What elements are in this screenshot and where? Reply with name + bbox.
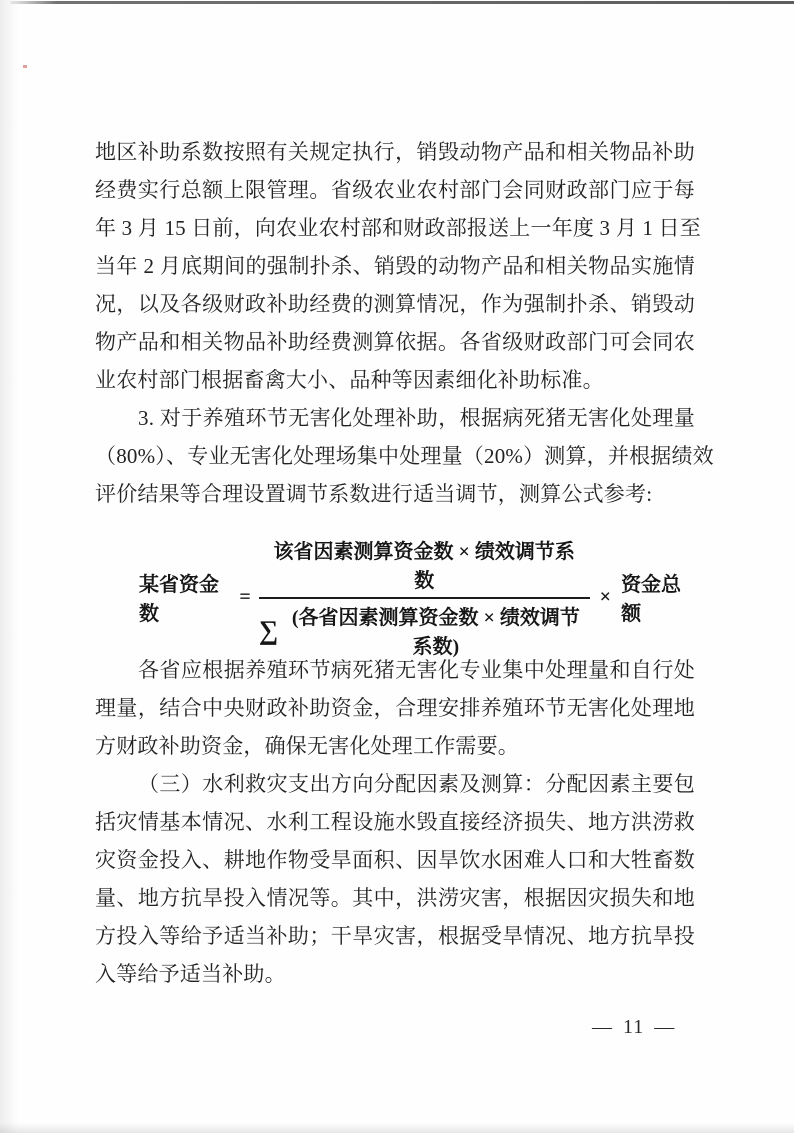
text-line: 经费实行总额上限管理。省级农业农村部门会同财政部门应于每	[95, 171, 695, 209]
text-line: 业农村部门根据畜禽大小、品种等因素细化补助标准。	[95, 361, 695, 399]
formula-fraction: 该省因素测算资金数 × 绩效调节系数 ∑ (各省因素测算资金数 × 绩效调节系数…	[259, 535, 590, 659]
formula-times-sign: ×	[600, 586, 611, 609]
scan-top-edge-line	[10, 1, 794, 4]
text-line: 灾资金投入、耕地作物受旱面积、因旱饮水困难人口和大牲畜数	[95, 841, 695, 879]
page-number: — 11 —	[592, 1016, 675, 1039]
body-text: 地区补助系数按照有关规定执行，销毁动物产品和相关物品补助 经费实行总额上限管理。…	[95, 133, 695, 993]
text-line: 量、地方抗旱投入情况等。其中，洪涝灾害，根据因灾损失和地	[95, 879, 695, 917]
formula-denominator: ∑ (各省因素测算资金数 × 绩效调节系数)	[259, 599, 590, 659]
allocation-formula: 某省资金数 = 该省因素测算资金数 × 绩效调节系数 ∑ (各省因素测算资金数 …	[95, 543, 695, 651]
scan-bottom-shadow	[0, 1123, 794, 1133]
formula-lhs: 某省资金数	[139, 568, 231, 626]
sigma-summation-symbol: ∑	[259, 617, 278, 644]
text-line: （三）水利救灾支出方向分配因素及测算：分配因素主要包	[95, 765, 695, 803]
text-line: 各省应根据养殖环节病死猪无害化专业集中处理量和自行处	[95, 651, 695, 689]
scan-left-shadow	[0, 0, 18, 1133]
formula-total-funds: 资金总额	[621, 568, 695, 626]
text-line: 物产品和相关物品补助经费测算依据。各省级财政部门可会同农	[95, 323, 695, 361]
text-line: 当年 2 月底期间的强制扑杀、销毁的动物产品和相关物品实施情	[95, 247, 695, 285]
document-page: 地区补助系数按照有关规定执行，销毁动物产品和相关物品补助 经费实行总额上限管理。…	[0, 0, 794, 1133]
text-line: 理量，结合中央财政补助资金，合理安排养殖环节无害化处理地	[95, 689, 695, 727]
text-line: 年 3 月 15 日前，向农业农村部和财政部报送上一年度 3 月 1 日至	[95, 209, 695, 247]
text-line: 评价结果等合理设置调节系数进行适当调节，测算公式参考:	[95, 475, 695, 513]
text-line: 地区补助系数按照有关规定执行，销毁动物产品和相关物品补助	[95, 133, 695, 171]
text-line: （80%）、专业无害化处理场集中处理量（20%）测算，并根据绩效	[95, 437, 695, 475]
scan-red-speck	[23, 65, 27, 68]
text-line: 方财政补助资金，确保无害化处理工作需要。	[95, 727, 695, 765]
text-line: 括灾情基本情况、水利工程设施水毁直接经济损失、地方洪涝救	[95, 803, 695, 841]
formula-equals-sign: =	[239, 586, 250, 609]
text-line: 况，以及各级财政补助经费的测算情况，作为强制扑杀、销毁动	[95, 285, 695, 323]
text-line: 方投入等给予适当补助；干旱灾害，根据受旱情况、地方抗旱投	[95, 917, 695, 955]
text-line: 3. 对于养殖环节无害化处理补助，根据病死猪无害化处理量	[95, 399, 695, 437]
text-line: 入等给予适当补助。	[95, 955, 695, 993]
formula-numerator: 该省因素测算资金数 × 绩效调节系数	[259, 535, 590, 599]
